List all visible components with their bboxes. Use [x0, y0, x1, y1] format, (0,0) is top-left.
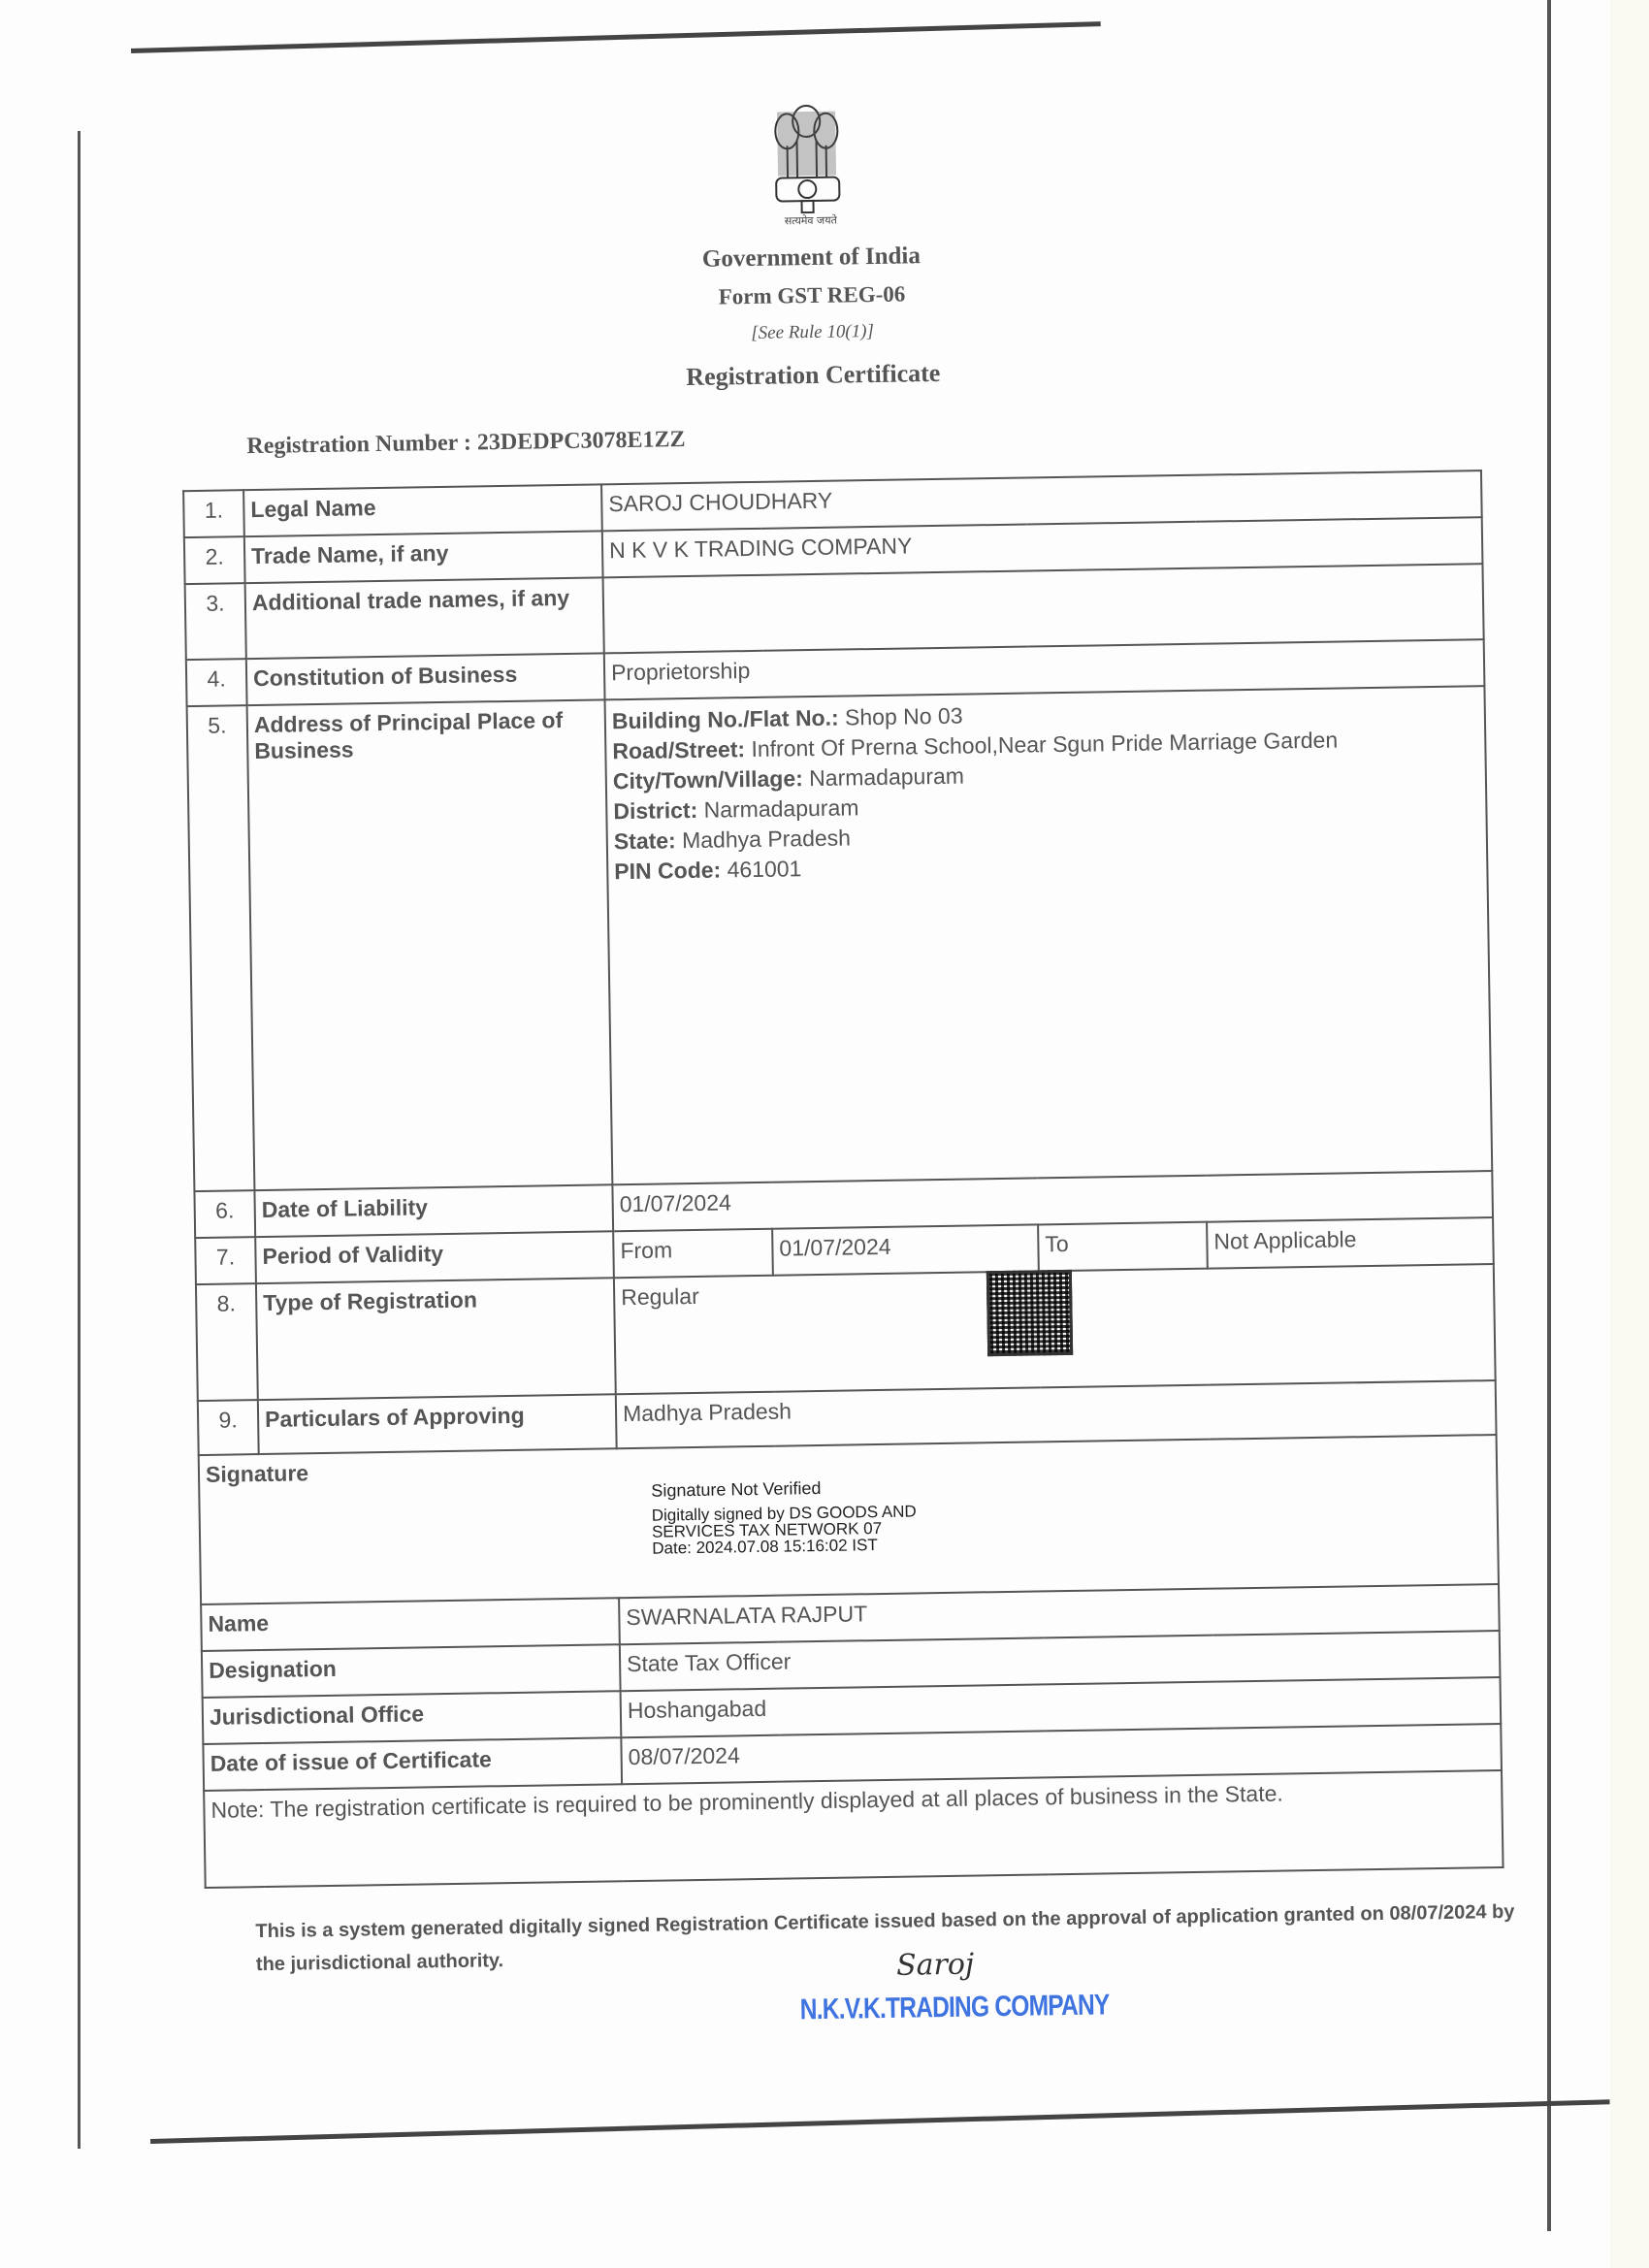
registration-table: 1. Legal Name SAROJ CHOUDHARY 2. Trade N… [182, 470, 1503, 1889]
row-number: 4. [186, 659, 247, 706]
row-label: Type of Registration [256, 1278, 616, 1400]
row-number: 5. [187, 705, 255, 1191]
row-label: Date of Liability [254, 1184, 613, 1237]
row-number: 2. [184, 536, 245, 584]
validity-to-value: Not Applicable [1207, 1217, 1494, 1269]
row-number: 8. [196, 1283, 258, 1401]
table-row: 5. Address of Principal Place of Busines… [187, 686, 1493, 1191]
registration-type-value: Regular [614, 1264, 1496, 1394]
validity-from-value: 01/07/2024 [772, 1224, 1039, 1275]
row-label: Trade Name, if any [244, 531, 603, 583]
row-number: 6. [194, 1190, 255, 1238]
signature-status: Signature Not Verified [651, 1478, 916, 1499]
row-number: 1. [183, 490, 244, 537]
qr-code-icon [986, 1270, 1073, 1356]
registration-number: Registration Number : 23DEDPC3078E1ZZ [246, 427, 686, 460]
registration-number-value: 23DEDPC3078E1ZZ [477, 427, 686, 455]
emblem-motto: सत्यमेव जयते [762, 212, 859, 229]
row-label: Particulars of Approving [258, 1394, 617, 1454]
row-label: Additional trade names, if any [245, 577, 604, 659]
row-number: 7. [195, 1237, 256, 1284]
rule-reference: [See Rule 10(1)] [540, 318, 1083, 348]
digital-signature: Signature Not Verified Digitally signed … [651, 1478, 917, 1556]
signature-row: Signature Signature Not Verified Digital… [199, 1435, 1499, 1604]
national-emblem-icon [765, 91, 850, 218]
table-row: 8. Type of Registration Regular [196, 1264, 1496, 1401]
row-label: Legal Name [243, 484, 602, 536]
officer-label: Jurisdictional Office [203, 1691, 622, 1744]
validity-from-label: From [613, 1229, 773, 1279]
row-label: Period of Validity [255, 1231, 614, 1283]
row-number: 9. [198, 1400, 259, 1455]
handwritten-signature: Saroj [896, 1948, 975, 1983]
company-stamp: N.K.V.K.TRADING COMPANY [800, 1989, 1110, 2026]
validity-to-label: To [1038, 1222, 1208, 1272]
address-value: Building No./Flat No.: Shop No 03 Road/S… [605, 686, 1493, 1184]
signature-box: Signature Signature Not Verified Digital… [199, 1435, 1499, 1604]
row-number: 3. [185, 583, 246, 660]
row-label: Constitution of Business [246, 653, 605, 705]
note-row: Note: The registration certificate is re… [204, 1770, 1503, 1888]
row-label: Address of Principal Place of Business [247, 699, 613, 1190]
additional-trade-names-value [603, 564, 1484, 653]
signature-line-3: Date: 2024.07.08 15:16:02 IST [652, 1536, 917, 1556]
scanned-page: सत्यमेव जयते Government of India Form GS… [0, 0, 1649, 2268]
form-heading: Form GST REG-06 [540, 279, 1083, 313]
officer-label: Designation [202, 1644, 621, 1698]
officer-label: Name [201, 1598, 620, 1651]
certificate: सत्यमेव जयते Government of India Form GS… [0, 0, 1649, 2268]
display-note: Note: The registration certificate is re… [204, 1770, 1503, 1888]
government-heading: Government of India [539, 241, 1083, 276]
registration-number-label: Registration Number : [246, 431, 471, 460]
officer-label: Date of issue of Certificate [203, 1737, 622, 1791]
certificate-title: Registration Certificate [541, 357, 1084, 395]
